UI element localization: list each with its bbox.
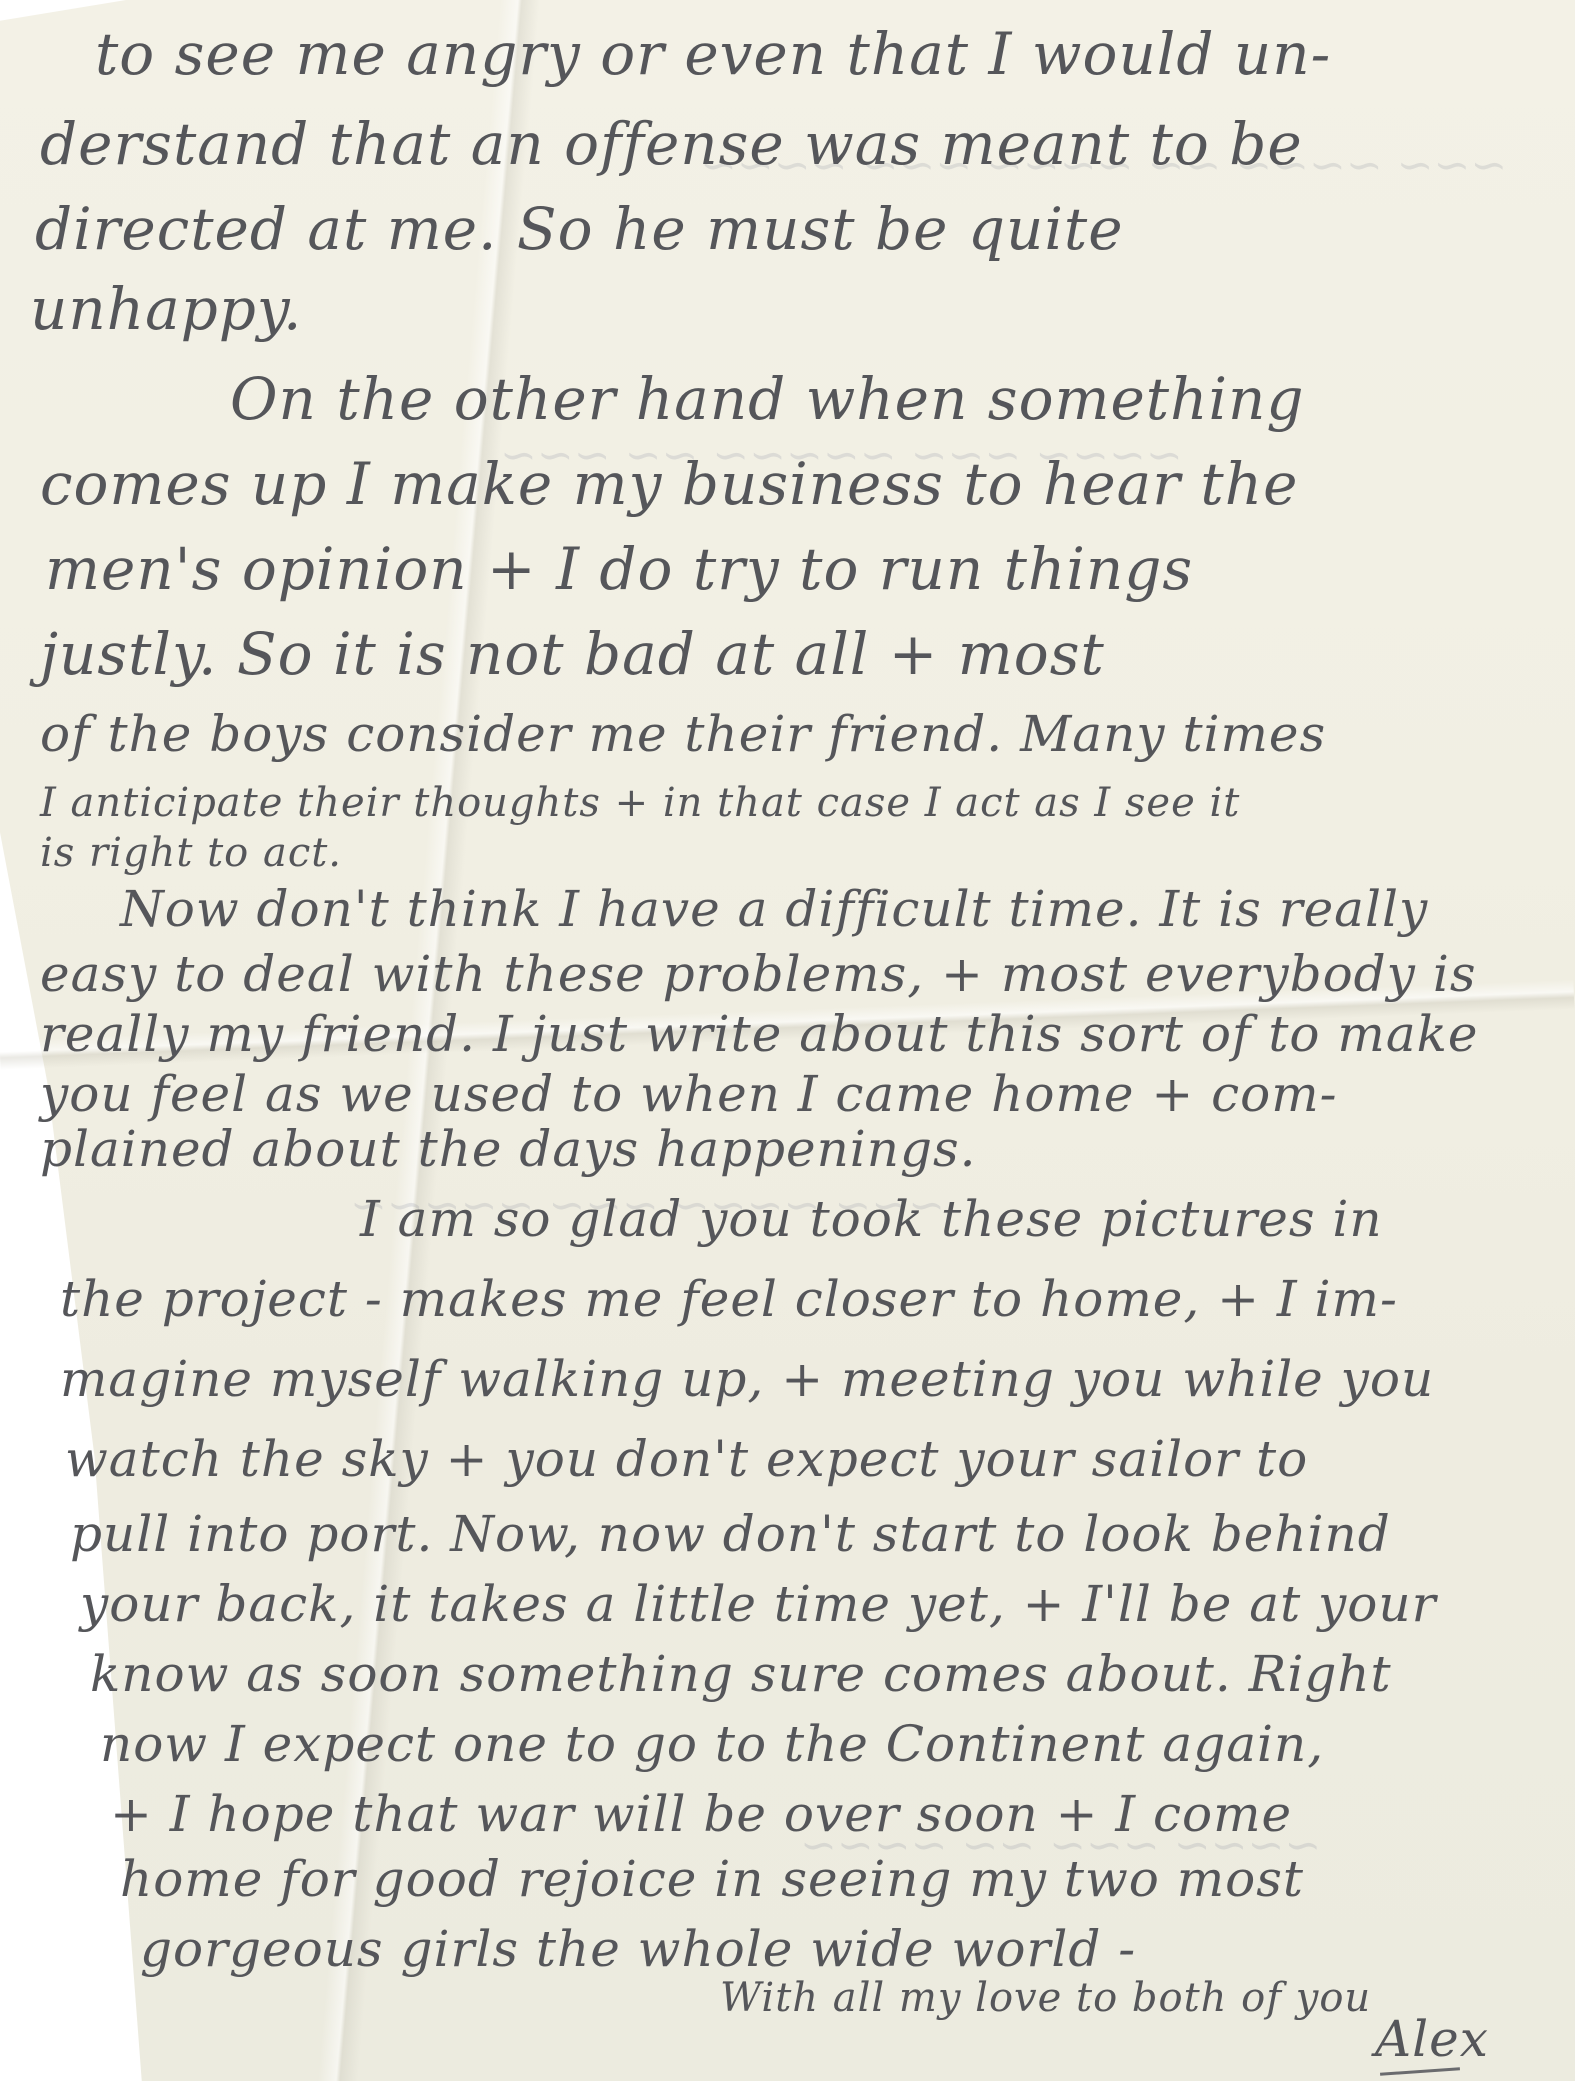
letter-line: magine myself walking up, + meeting you … [60, 1350, 1434, 1408]
letter-line: you feel as we used to when I came home … [40, 1065, 1338, 1123]
letter-signature: Alex [1375, 2010, 1489, 2068]
letter-line: plained about the days happenings. [40, 1120, 977, 1178]
letter-line: comes up I make my business to hear the [40, 450, 1298, 518]
letter-line: On the other hand when something [230, 365, 1305, 433]
letter-line: men's opinion + I do try to run things [45, 535, 1193, 603]
letter-line: I anticipate their thoughts + in that ca… [40, 780, 1240, 826]
letter-line: Now don't think I have a difficult time.… [120, 880, 1428, 938]
letter-line: unhappy. [30, 275, 302, 343]
letter-line: is right to act. [40, 830, 342, 876]
letter-line: justly. So it is not bad at all + most [40, 620, 1105, 688]
letter-line: watch the sky + you don't expect your sa… [65, 1430, 1308, 1488]
letter-line: easy to deal with these problems, + most… [40, 945, 1476, 1003]
letter-line: the project - makes me feel closer to ho… [60, 1270, 1398, 1328]
letter-line: to see me angry or even that I would un- [95, 20, 1331, 88]
letter-line: gorgeous girls the whole wide world - [140, 1920, 1136, 1978]
letter-line: of the boys consider me their friend. Ma… [40, 705, 1326, 763]
letter-line: know as soon something sure comes about.… [90, 1645, 1392, 1703]
letter-line: really my friend. I just write about thi… [40, 1005, 1479, 1063]
letter-line: home for good rejoice in seeing my two m… [120, 1850, 1304, 1908]
letter-line: I am so glad you took these pictures in [360, 1190, 1383, 1248]
letter-line: now I expect one to go to the Continent … [100, 1715, 1324, 1773]
letter-closing: With all my love to both of you [720, 1975, 1371, 2021]
letter-line: derstand that an offense was meant to be [40, 110, 1303, 178]
letter-line: pull into port. Now, now don't start to … [70, 1505, 1391, 1563]
letter-line: your back, it takes a little time yet, +… [80, 1575, 1437, 1633]
letter-line: + I hope that war will be over soon + I … [110, 1785, 1292, 1843]
letter-line: directed at me. So he must be quite [35, 195, 1124, 263]
